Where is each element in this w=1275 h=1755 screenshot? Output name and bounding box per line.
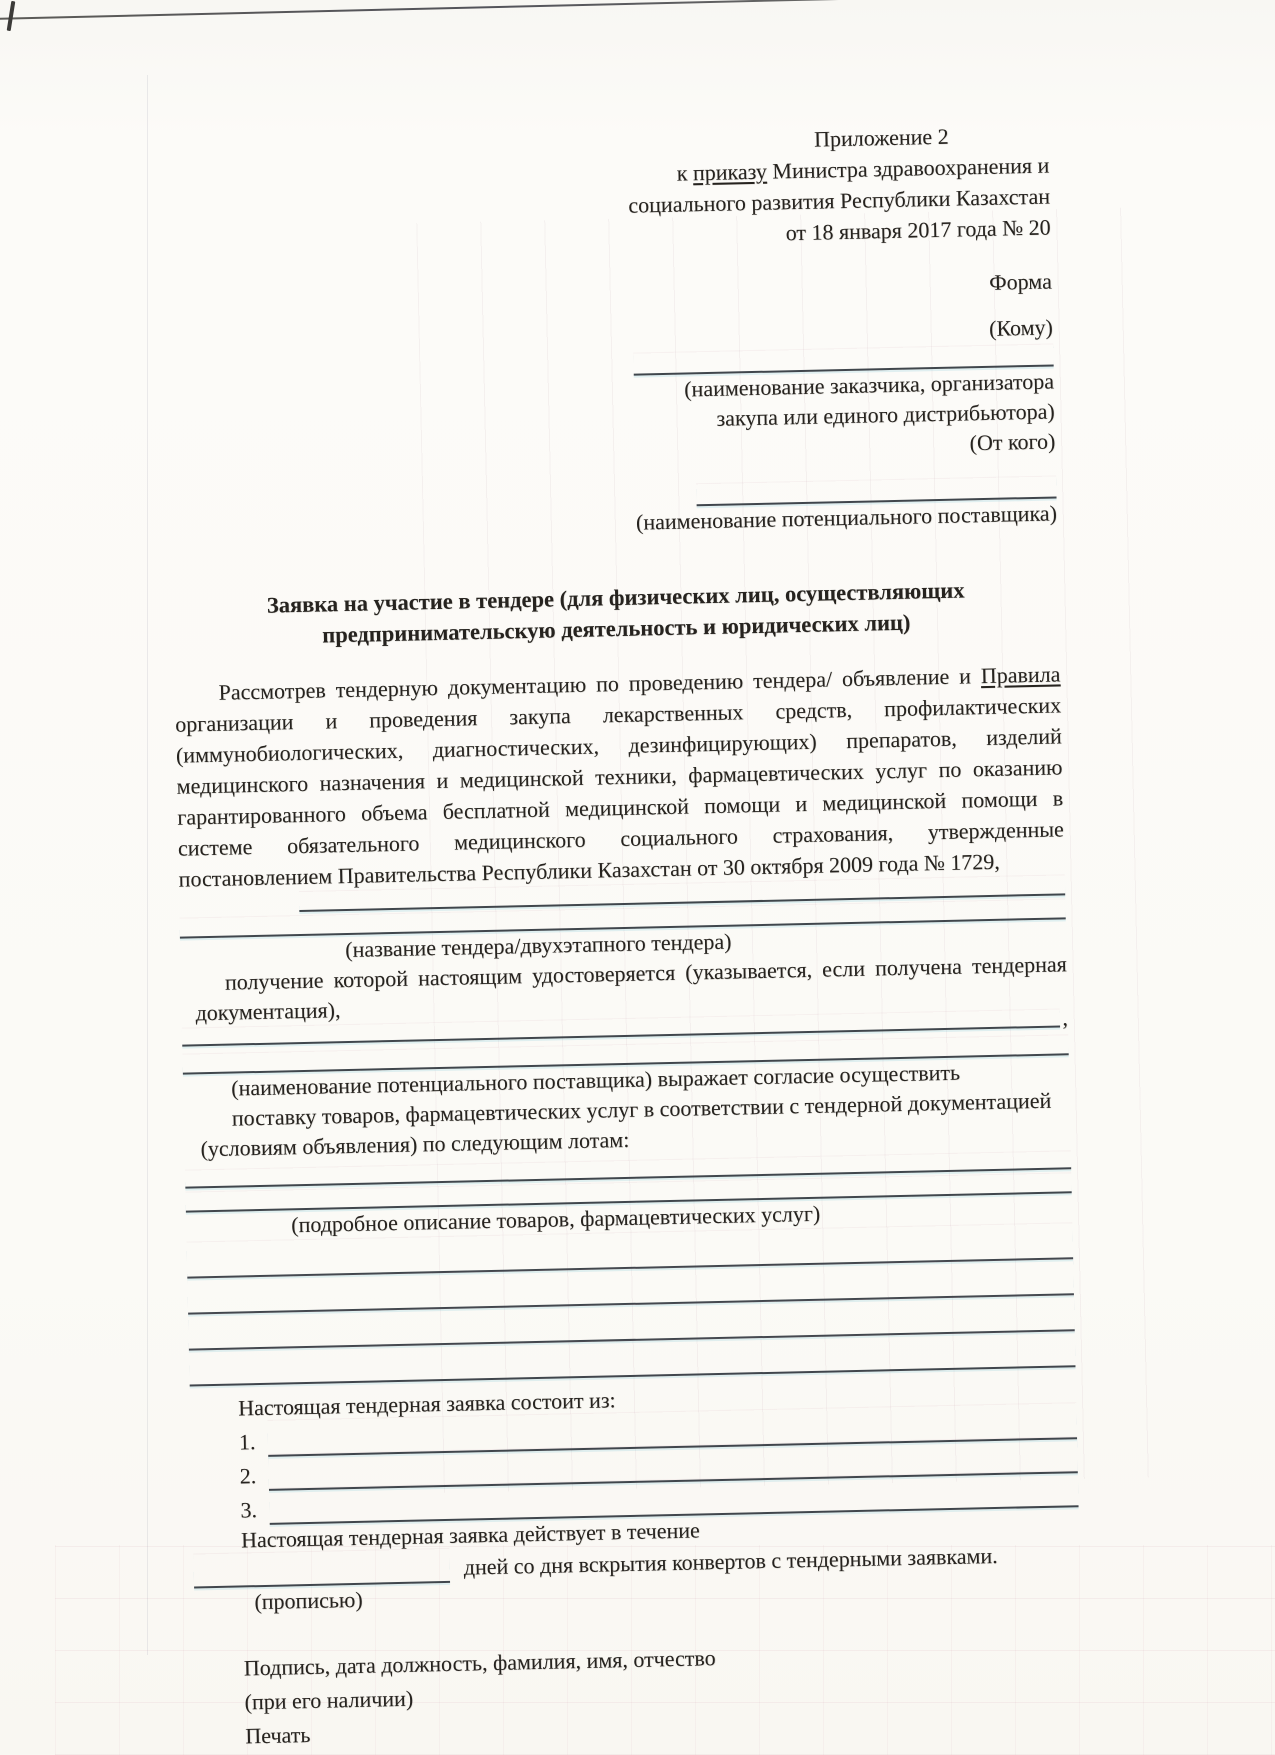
- trailing-comma: ,: [1059, 1009, 1068, 1027]
- order-link-text: приказу: [693, 159, 767, 186]
- order-ref-suffix: Министра здравоохранения и: [767, 153, 1050, 184]
- form-label: Форма: [166, 266, 1052, 315]
- rules-link-text: Правила: [981, 661, 1061, 688]
- document-content: Приложение 2 к приказу Министра здравоох…: [162, 119, 1083, 1755]
- appendix-reference: Приложение 2 к приказу Министра здравоох…: [162, 119, 1050, 262]
- scan-corner-mark-artifact: [7, 1, 16, 31]
- scan-paper-edge-artifact: [0, 0, 1275, 20]
- scanned-document-page: Приложение 2 к приказу Министра здравоох…: [0, 0, 1275, 1755]
- document-title: Заявка на участие в тендере (для физичес…: [172, 572, 1059, 653]
- scan-fold-line-artifact: [147, 75, 148, 1655]
- signature-block: Подпись, дата должность, фамилия, имя, о…: [244, 1633, 1084, 1753]
- order-ref-prefix: к: [676, 160, 693, 185]
- supplier-caption: (наименование потенциального поставщика): [171, 498, 1057, 547]
- intro-paragraph-suffix: организации и проведения закупа лекарств…: [175, 692, 1064, 891]
- list-item-number: 2.: [239, 1461, 268, 1492]
- list-item-number: 1.: [239, 1427, 268, 1458]
- blank-days-count: [193, 1549, 450, 1589]
- list-item-number: 3.: [240, 1495, 269, 1526]
- intro-paragraph: Рассмотрев тендерную документацию по про…: [174, 658, 1065, 894]
